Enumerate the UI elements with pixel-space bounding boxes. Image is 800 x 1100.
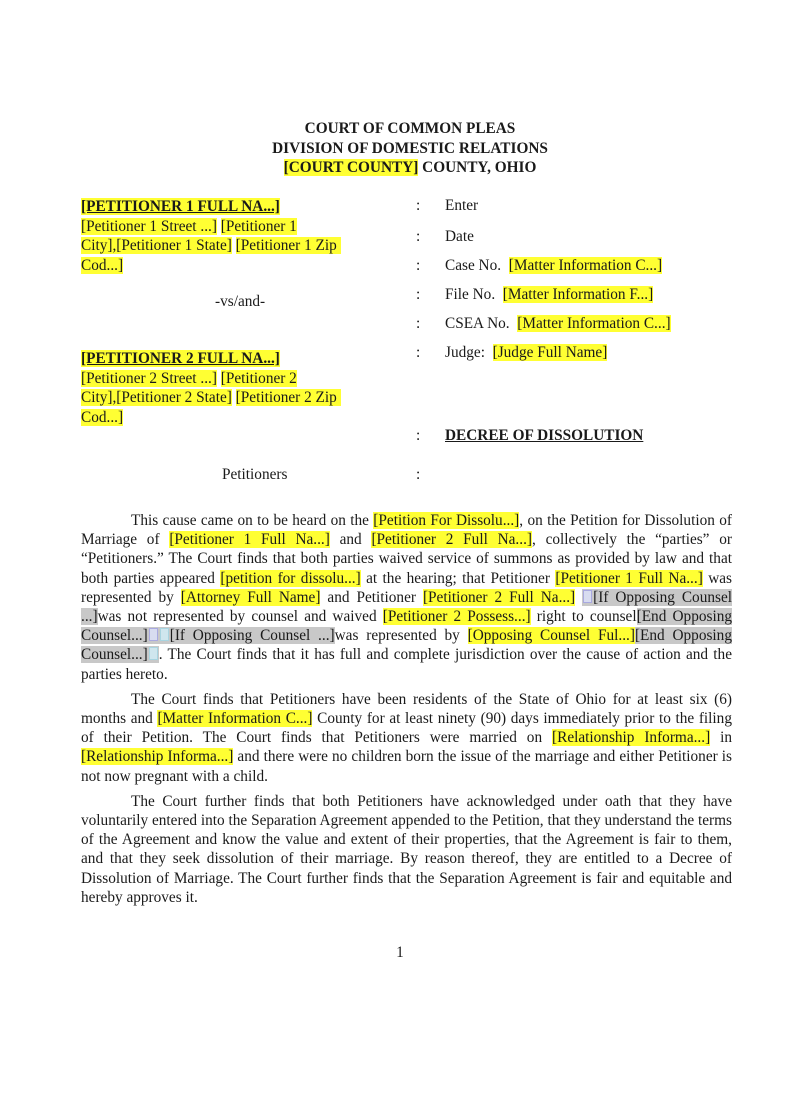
case-number-row: Case No. [Matter Information C...] bbox=[445, 257, 662, 275]
field-marker-icon bbox=[583, 590, 592, 603]
petitioner2-possessive-field[interactable]: [Petitioner 2 Possess...] bbox=[383, 608, 531, 625]
opposing-counsel-name-field[interactable]: [Opposing Counsel Ful...] bbox=[468, 627, 635, 644]
petitioner1-street-field[interactable]: [Petitioner 1 Street ...] bbox=[81, 218, 217, 235]
petitioner1-name-inline[interactable]: [Petitioner 1 Full Na...] bbox=[555, 570, 702, 587]
petitioner2-state-field[interactable]: [Petitioner 2 State] bbox=[116, 389, 232, 406]
caption-colon: : bbox=[416, 466, 420, 484]
petition-field[interactable]: [Petition For Dissolu...] bbox=[373, 512, 519, 529]
petitioner2-city-field[interactable]: [Petitioner 2 bbox=[221, 370, 297, 387]
petitioner1-name-inline[interactable]: [Petitioner 1 Full Na...] bbox=[169, 531, 330, 548]
petitioner2-name-inline[interactable]: [Petitioner 2 Full Na...] bbox=[423, 589, 575, 606]
versus-label: -vs/and- bbox=[215, 293, 265, 311]
county-field[interactable]: [Matter Information C...] bbox=[157, 710, 312, 727]
petitioner2-block: [PETITIONER 2 FULL NA...] [Petitioner 2 … bbox=[81, 349, 381, 427]
case-number-field[interactable]: [Matter Information C...] bbox=[509, 257, 662, 274]
field-marker-icon bbox=[149, 628, 158, 641]
file-number-field[interactable]: [Matter Information F...] bbox=[503, 286, 653, 303]
court-name: COURT OF COMMON PLEAS bbox=[20, 119, 800, 139]
paragraph-separation-agreement: The Court further finds that both Petiti… bbox=[81, 792, 732, 907]
paragraph-jurisdiction: This cause came on to be heard on the [P… bbox=[81, 511, 732, 684]
petitioner1-name-field[interactable]: [PETITIONER 1 FULL NA...] bbox=[81, 198, 280, 215]
caption-colon: : bbox=[416, 228, 420, 246]
petitioner2-street-field[interactable]: [Petitioner 2 Street ...] bbox=[81, 370, 217, 387]
file-number-row: File No. [Matter Information F...] bbox=[445, 286, 653, 304]
judge-row: Judge: [Judge Full Name] bbox=[445, 344, 607, 362]
county-line: [COURT COUNTY] COUNTY, OHIO bbox=[20, 158, 800, 178]
petitioner2-name-inline[interactable]: [Petitioner 2 Full Na...] bbox=[371, 531, 532, 548]
date-label: Date bbox=[445, 228, 474, 246]
field-marker-icon bbox=[160, 628, 169, 641]
caption-colon: : bbox=[416, 257, 420, 275]
field-marker-icon bbox=[149, 647, 158, 660]
if-opposing-counsel-condition[interactable]: [If Opposing Counsel ...] bbox=[170, 627, 335, 644]
caption-colon: : bbox=[416, 286, 420, 304]
csea-number-field[interactable]: [Matter Information C...] bbox=[517, 315, 670, 332]
csea-number-row: CSEA No. [Matter Information C...] bbox=[445, 315, 671, 333]
caption-colon: : bbox=[416, 427, 420, 445]
caption-colon: : bbox=[416, 344, 420, 362]
petition-appearance-field[interactable]: [petition for dissolu...] bbox=[220, 570, 360, 587]
paragraph-residency: The Court finds that Petitioners have be… bbox=[81, 690, 732, 786]
petitioner1-state-field[interactable]: [Petitioner 1 State] bbox=[116, 237, 232, 254]
marriage-place-field[interactable]: [Relationship Informa...] bbox=[81, 748, 233, 765]
petitioner1-zip-field[interactable]: [Petitioner 1 Zip bbox=[236, 237, 337, 254]
court-county-field[interactable]: [COURT COUNTY] bbox=[284, 159, 419, 176]
judge-name-field[interactable]: [Judge Full Name] bbox=[493, 344, 608, 361]
division-name: DIVISION OF DOMESTIC RELATIONS bbox=[20, 139, 800, 159]
document-title: DECREE OF DISSOLUTION bbox=[445, 427, 643, 445]
petitioners-label: Petitioners bbox=[222, 466, 287, 484]
document-body: This cause came on to be heard on the [P… bbox=[81, 511, 732, 913]
petitioner2-name-field[interactable]: [PETITIONER 2 FULL NA...] bbox=[81, 350, 280, 367]
caption-colon: : bbox=[416, 315, 420, 333]
petitioner2-zip-field[interactable]: [Petitioner 2 Zip bbox=[236, 389, 337, 406]
attorney-name-field[interactable]: [Attorney Full Name] bbox=[181, 589, 321, 606]
caption-colon: : bbox=[416, 197, 420, 215]
petitioner1-city-field[interactable]: [Petitioner 1 bbox=[221, 218, 297, 235]
page-number: 1 bbox=[0, 944, 800, 962]
enter-label: Enter bbox=[445, 197, 478, 215]
marriage-date-field[interactable]: [Relationship Informa...] bbox=[552, 729, 710, 746]
court-header: COURT OF COMMON PLEAS DIVISION OF DOMEST… bbox=[0, 119, 800, 178]
petitioner1-block: [PETITIONER 1 FULL NA...] [Petitioner 1 … bbox=[81, 197, 381, 275]
